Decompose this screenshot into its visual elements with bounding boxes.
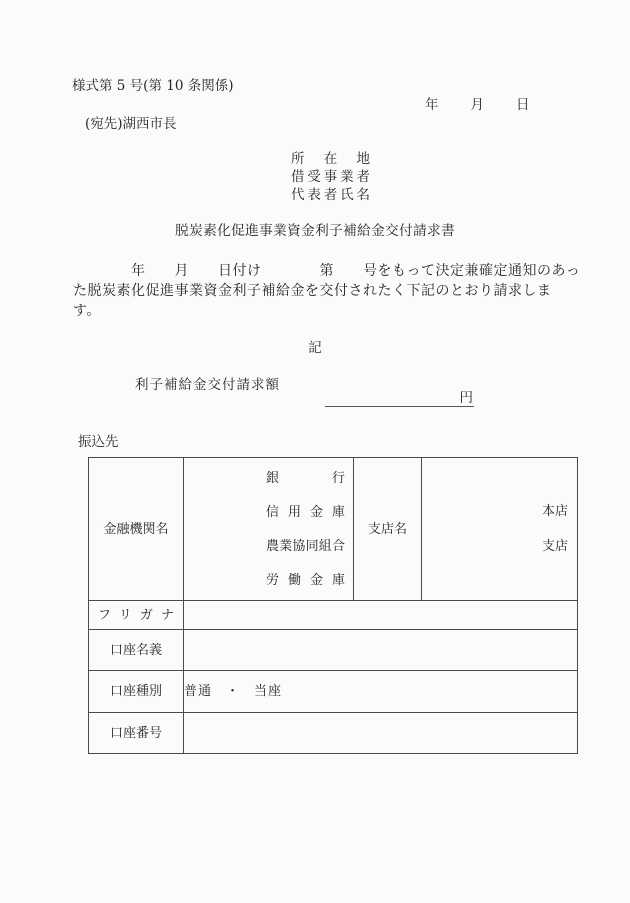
form-number: 様式第 5 号(第 10 条関係) (72, 80, 233, 94)
furigana-value-cell (184, 601, 578, 630)
document-page: 様式第 5 号(第 10 条関係) 年 月 日 (宛先)湖西市長 所在地 借受事… (0, 0, 630, 903)
table-row-furigana: フリガナ (89, 601, 578, 630)
branch-type-branch: 支店 (542, 540, 568, 553)
transfer-table: 金融機関名 銀行 信用金庫 農業協同組合 労働金庫 支店名 本店 支店 (88, 457, 578, 754)
body-line-2: た脱炭素化促進事業資金利子補給金を交付されたく下記のとおり請求しま (73, 284, 565, 304)
account-name-value-cell (184, 630, 578, 671)
amount-unit-label: 円 (460, 390, 474, 406)
account-name-label-cell: 口座名義 (89, 630, 184, 671)
amount-blank-line: 円 (325, 385, 474, 407)
branch-types-cell: 本店 支店 (422, 458, 578, 601)
account-type-label-cell: 口座種別 (89, 671, 184, 713)
date-day-label: 日 (516, 99, 530, 113)
applicant-location-label: 所在地 (291, 153, 370, 167)
table-row-account-number: 口座番号 (89, 713, 578, 754)
addressee: (宛先)湖西市長 (85, 118, 177, 132)
institution-type-labour-bank: 労働金庫 (266, 574, 345, 587)
document-title: 脱炭素化促進事業資金利子補給金交付請求書 (0, 225, 630, 239)
transfer-destination-label: 振込先 (78, 436, 119, 450)
table-row-account-name: 口座名義 (89, 630, 578, 671)
date-year-label: 年 (425, 99, 439, 113)
account-number-label-cell: 口座番号 (89, 713, 184, 754)
account-number-value-cell (184, 713, 578, 754)
institution-types-cell: 銀行 信用金庫 農業協同組合 労働金庫 (184, 458, 354, 601)
furigana-label-cell: フリガナ (89, 601, 184, 630)
applicant-block: 所在地 借受事業者 代表者氏名 (291, 153, 370, 207)
account-type-options-cell: 普通 ・ 当座 (184, 671, 578, 713)
amount-label: 利子補給金交付請求額 (135, 379, 280, 393)
institution-type-bank: 銀行 (266, 472, 345, 485)
institution-label-cell: 金融機関名 (89, 458, 184, 601)
table-row-institution: 金融機関名 銀行 信用金庫 農業協同組合 労働金庫 支店名 本店 支店 (89, 458, 578, 601)
applicant-representative-label: 代表者氏名 (291, 189, 370, 203)
section-mark: 記 (0, 342, 630, 356)
body-line-3: す。 (73, 304, 565, 324)
institution-type-shinkin: 信用金庫 (266, 506, 345, 519)
date-month-label: 月 (471, 99, 485, 113)
institution-type-agri-coop: 農業協同組合 (266, 540, 345, 553)
branch-label-cell: 支店名 (354, 458, 422, 601)
applicant-borrower-label: 借受事業者 (291, 171, 370, 185)
table-row-account-type: 口座種別 普通 ・ 当座 (89, 671, 578, 713)
body-paragraph: 年 月 日付け 第 号をもって決定兼確定通知のあっ た脱炭素化促進事業資金利子補… (73, 264, 565, 324)
branch-type-head-office: 本店 (542, 505, 568, 518)
body-line-1: 年 月 日付け 第 号をもって決定兼確定通知のあっ (73, 264, 565, 284)
date-line: 年 月 日 (425, 99, 530, 113)
